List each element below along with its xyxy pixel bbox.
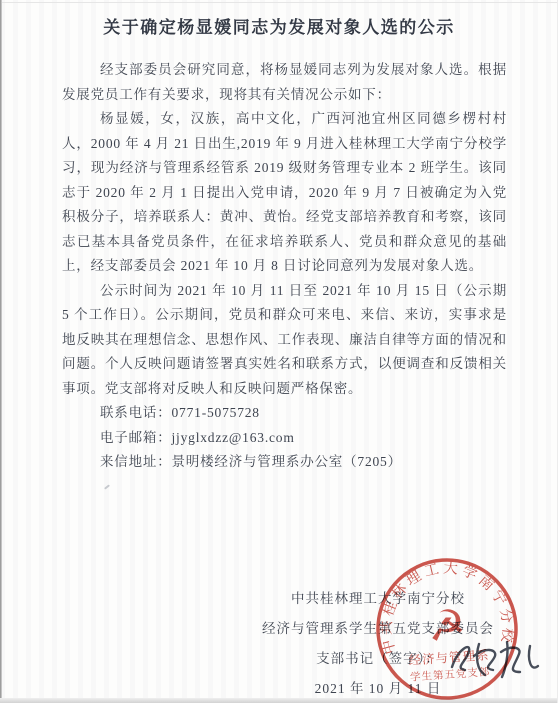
contact-address-line: 来信地址：景明楼经济与管理系办公室（7205） — [62, 450, 507, 475]
scan-edge-left — [0, 0, 2, 703]
scan-speck — [104, 484, 110, 489]
seal-center-line1: 经济与管理系 — [408, 647, 490, 668]
contact-phone-line: 联系电话：0771-5075728 — [62, 401, 507, 426]
contact-email-value: jjyglxdzz@163.com — [172, 430, 295, 445]
contact-phone-value: 0771-5075728 — [172, 405, 260, 420]
paragraph-notice-period: 公示时间为 2021 年 10 月 11 日至 2021 年 10 月 15 日… — [62, 279, 507, 402]
seal-center-line2: 学生第五党支部 — [410, 665, 491, 684]
contact-address-label: 来信地址： — [100, 454, 172, 469]
contact-phone-label: 联系电话： — [100, 405, 172, 420]
contact-email-line: 电子邮箱：jjyglxdzz@163.com — [62, 426, 507, 451]
contact-email-label: 电子邮箱： — [100, 430, 172, 445]
page-title: 关于确定杨显媛同志为发展对象人选的公示 — [0, 13, 558, 38]
contact-address-value: 景明楼经济与管理系办公室（7205） — [172, 454, 402, 469]
document-body: 经支部委员会研究同意，将杨显媛同志列为发展对象人选。根据发展党员工作有关要求，现… — [62, 58, 507, 475]
scanned-document-page: 关于确定杨显媛同志为发展对象人选的公示 经支部委员会研究同意，将杨显媛同志列为发… — [0, 0, 558, 703]
hammer-and-sickle-icon: ☭ — [426, 603, 467, 652]
scan-edge-top — [0, 2, 558, 3]
paragraph-intro: 经支部委员会研究同意，将杨显媛同志列为发展对象人选。根据发展党员工作有关要求，现… — [62, 58, 507, 107]
paragraph-profile: 杨显媛，女，汉族，高中文化，广西河池宜州区同德乡楞村村人，2000 年 4 月 … — [62, 107, 507, 279]
party-seal: 中共桂林理工大学南宁分校 ☭ 经济与管理系 学生第五党支部 — [367, 549, 527, 703]
